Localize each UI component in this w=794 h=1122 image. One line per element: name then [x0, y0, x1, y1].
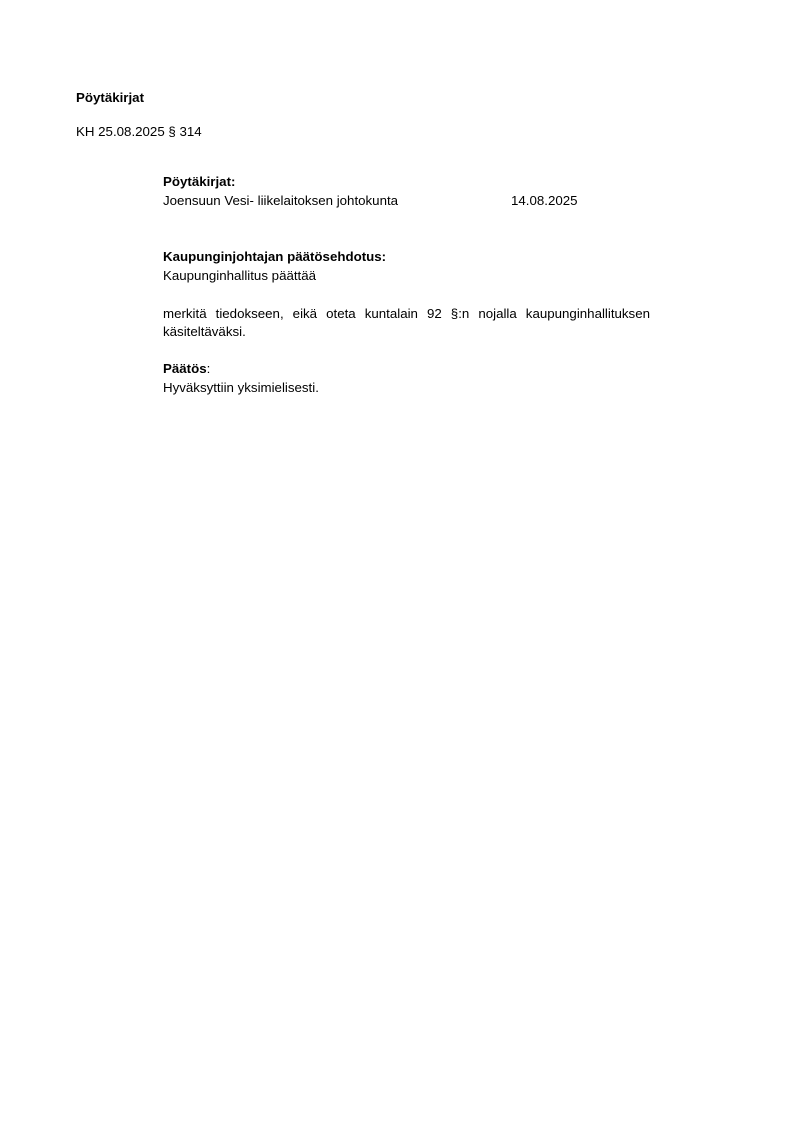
decision-body: Hyväksyttiin yksimielisesti. [163, 380, 319, 396]
decision-heading-colon: : [207, 361, 211, 376]
decision-heading-label: Päätös [163, 361, 207, 376]
proposal-text: merkitä tiedokseen, eikä oteta kuntalain… [163, 305, 650, 341]
decision-heading: Päätös: [163, 361, 210, 377]
proposal-intro: Kaupunginhallitus päättää [163, 268, 316, 284]
proposal-heading: Kaupunginjohtajan päätösehdotus: [163, 249, 386, 265]
meeting-reference: KH 25.08.2025 § 314 [76, 124, 202, 140]
minutes-body: Joensuun Vesi- liikelaitoksen johtokunta [163, 193, 398, 209]
minutes-heading: Pöytäkirjat: [163, 174, 235, 190]
minutes-date: 14.08.2025 [511, 193, 578, 209]
document-title: Pöytäkirjat [76, 90, 144, 106]
